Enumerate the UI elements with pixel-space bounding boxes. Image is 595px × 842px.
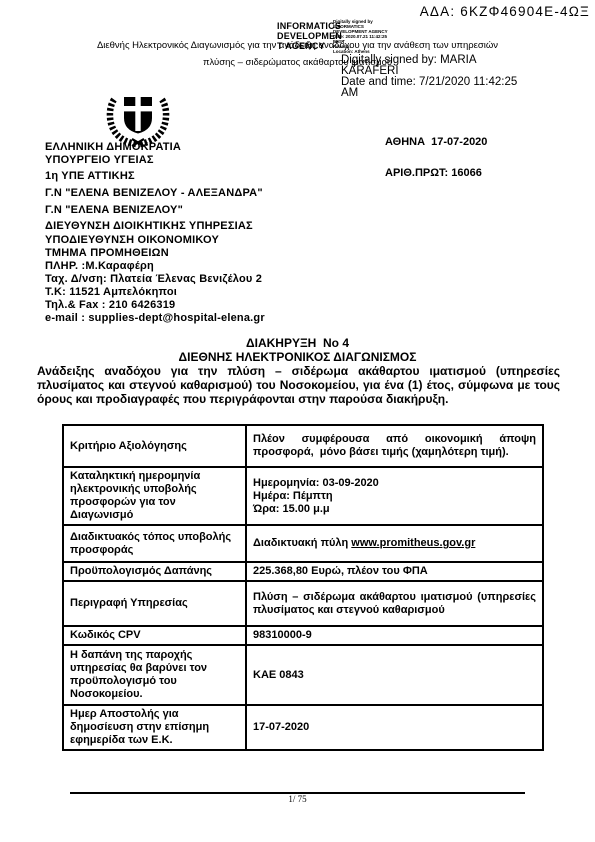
table-row: Ημερ Αποστολής για δημοσίευση στην επίση…	[63, 705, 543, 750]
letterhead-line: Τ.Κ: 11521 Αμπελόκηποι	[45, 286, 265, 299]
letterhead-line: Τηλ.& Fax : 210 6426319	[45, 299, 265, 312]
row-label-cell: Κριτήριο Αξιολόγησης	[63, 425, 246, 467]
table-row: Κωδικός CPV 98310000-9	[63, 626, 543, 645]
table-row: Διαδικτυακός τόπος υποβολής προσφοράς Δι…	[63, 525, 543, 562]
summary-table: Κριτήριο Αξιολόγησης Πλέον συμφέρουσα απ…	[62, 424, 544, 751]
city-date: ΑΘΗΝΑ 17-07-2020	[385, 136, 487, 148]
letterhead-line: Γ.Ν "ΕΛΕΝΑ ΒΕΝΙΖΕΛΟΥ"	[45, 204, 265, 217]
row-value-cell: 225.368,80 Ευρώ, πλέον του ΦΠΑ	[246, 562, 543, 581]
table-row: Κριτήριο Αξιολόγησης Πλέον συμφέρουσα απ…	[63, 425, 543, 467]
document-page: ΑΔΑ: 6ΚΖΦ46904Ε-4ΩΞ Διεθνής Ηλεκτρονικός…	[0, 0, 595, 842]
row-label-cell: Προϋπολογισμός Δαπάνης	[63, 562, 246, 581]
letterhead-line: ΤΜΗΜΑ ΠΡΟΜΗΘΕΙΩΝ	[45, 247, 265, 260]
stamp-details-text: Digitally signed by INFORMATICS DEVELOPM…	[333, 19, 419, 54]
document-subtitle: ΔΙΕΘΝΗΣ ΗΛΕΚΤΡΟΝΙΚΟΣ ΔΙΑΓΩΝΙΣΜΟΣ	[0, 350, 595, 364]
row-label-cell: Καταληκτική ημερομηνία ηλεκτρονικής υποβ…	[63, 467, 246, 525]
letterhead-line: Γ.Ν "ΕΛΕΝΑ ΒΕΝΙΖΕΛΟΥ - ΑΛΕΞΑΝΔΡΑ"	[45, 187, 265, 200]
table-row: Η δαπάνη της παροχής υπηρεσίας θα βαρύνε…	[63, 645, 543, 705]
row-value-cell: Πλύση – σιδέρωμα ακάθαρτου ιματισμού (υπ…	[246, 581, 543, 626]
letterhead-line: 1η ΥΠΕ ΑΤΤΙΚΗΣ	[45, 170, 265, 183]
promitheus-link[interactable]: www.promitheus.gov.gr	[351, 537, 475, 549]
letterhead-line: ΔΙΕΥΘΥΝΣΗ ΔΙΟΙΚΗΤΙΚΗΣ ΥΠΗΡΕΣΙΑΣ	[45, 220, 265, 233]
row-label-cell: Κωδικός CPV	[63, 626, 246, 645]
row-value-cell: 98310000-9	[246, 626, 543, 645]
greek-national-emblem-icon	[103, 92, 173, 148]
table-row: Περιγραφή Υπηρεσίας Πλύση – σιδέρωμα ακά…	[63, 581, 543, 626]
row-label-cell: Η δαπάνη της παροχής υπηρεσίας θα βαρύνε…	[63, 645, 246, 705]
document-title: ΔΙΑΚΗΡΥΞΗ Νο 4	[0, 336, 595, 350]
letterhead-line: ΕΛΛΗΝΙΚΗ ΔΗΜΟΚΡΑΤΙΑ	[45, 141, 265, 154]
row-value-cell: Διαδικτυακή πύλη www.promitheus.gov.gr	[246, 525, 543, 562]
row-value-cell: 17-07-2020	[246, 705, 543, 750]
letterhead-line: ΥΠΟΔΙΕΥΘΥΝΣΗ ΟΙΚΟΝΟΜΙΚΟΥ	[45, 234, 265, 247]
row-label-cell: Διαδικτυακός τόπος υποβολής προσφοράς	[63, 525, 246, 562]
table-row: Προϋπολογισμός Δαπάνης 225.368,80 Ευρώ, …	[63, 562, 543, 581]
protocol-number: ΑΡΙΘ.ΠΡΩΤ: 16066	[385, 167, 482, 179]
digital-signature-text: Digitally signed by: MARIA KARAFERI Date…	[341, 55, 536, 99]
table-row: Καταληκτική ημερομηνία ηλεκτρονικής υποβ…	[63, 467, 543, 525]
row-label-cell: Ημερ Αποστολής για δημοσίευση στην επίση…	[63, 705, 246, 750]
letterhead: ΕΛΛΗΝΙΚΗ ΔΗΜΟΚΡΑΤΙΑ ΥΠΟΥΡΓΕΙΟ ΥΓΕΙΑΣ 1η …	[45, 141, 265, 325]
row-label-cell: Περιγραφή Υπηρεσίας	[63, 581, 246, 626]
page-number: 1/ 75	[0, 794, 595, 804]
letterhead-email: e-mail : supplies-dept@hospital-elena.gr	[45, 312, 265, 325]
portal-label: Διαδικτυακή πύλη	[253, 537, 351, 549]
row-value-cell: Ημερομηνία: 03-09-2020 Ημέρα: Πέμπτη Ώρα…	[246, 467, 543, 525]
intro-paragraph: Ανάδειξης αναδόχου για την πλύση – σιδέρ…	[37, 364, 560, 406]
letterhead-line: Ταχ. Δ/νση: Πλατεία Έλενας Βενιζέλου 2	[45, 273, 265, 286]
row-value-cell: ΚΑΕ 0843	[246, 645, 543, 705]
letterhead-line: ΥΠΟΥΡΓΕΙΟ ΥΓΕΙΑΣ	[45, 154, 265, 167]
row-value-cell: Πλέον συμφέρουσα από οικονομική άποψη πρ…	[246, 425, 543, 467]
letterhead-line: ΠΛΗΡ. :Μ.Καραφέρη	[45, 260, 265, 273]
ada-code: ΑΔΑ: 6ΚΖΦ46904Ε-4ΩΞ	[420, 4, 590, 19]
